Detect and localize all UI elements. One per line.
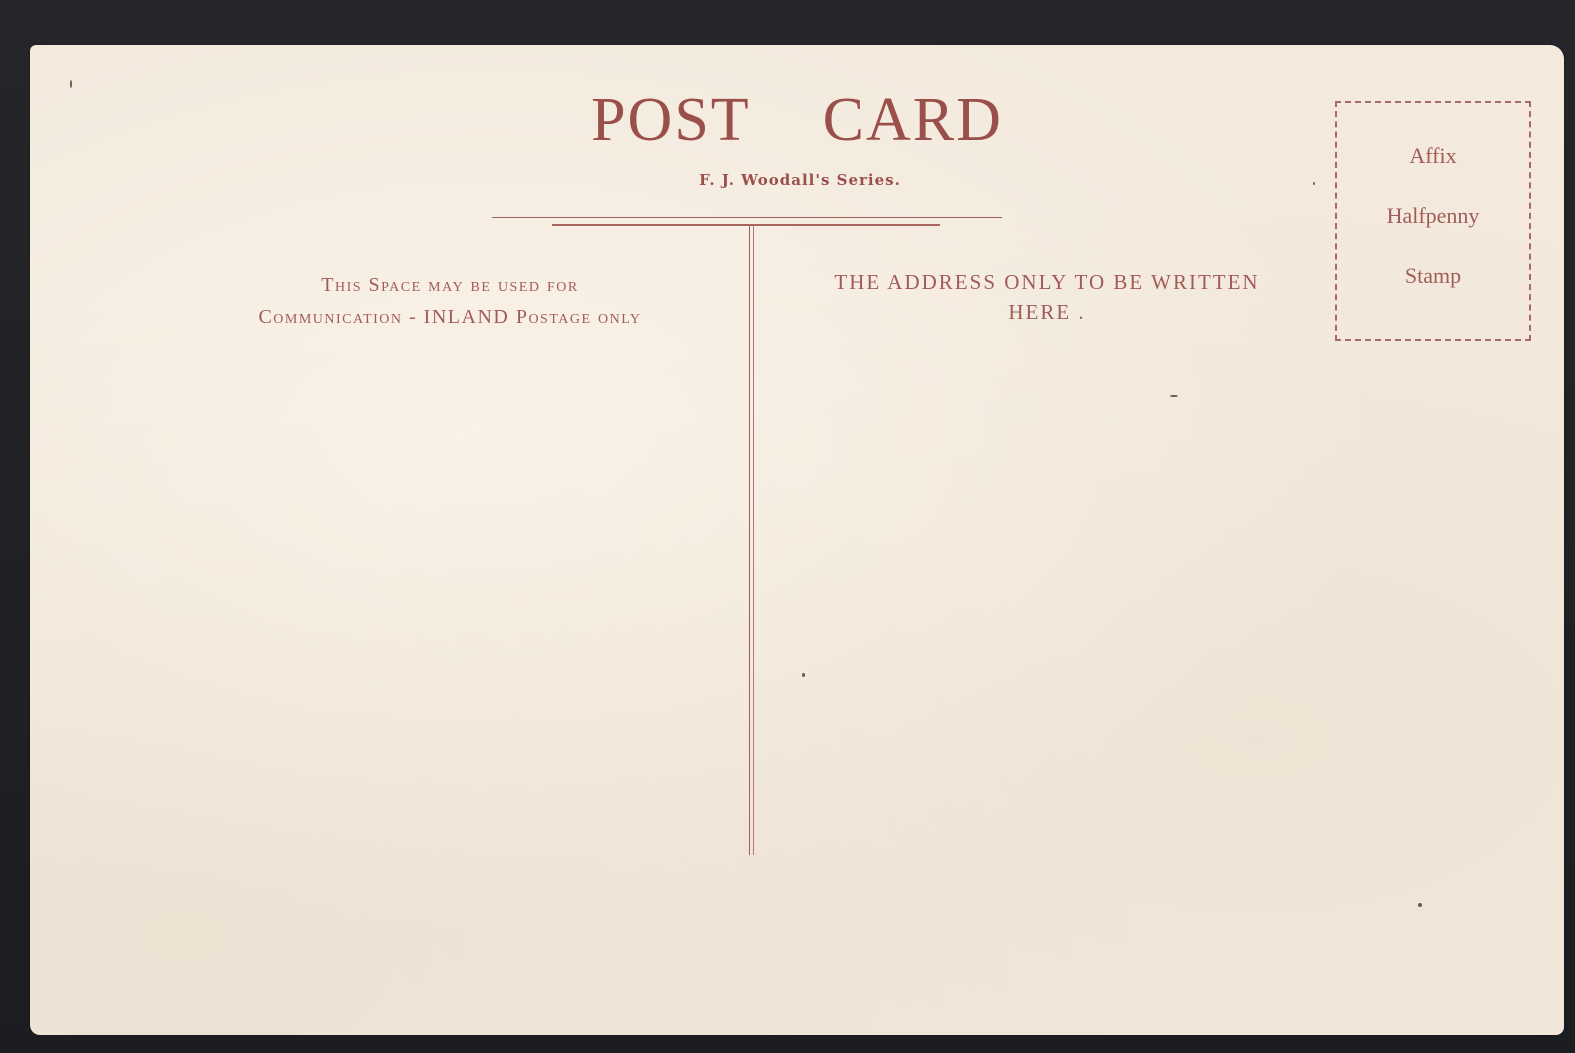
top-rule-inner [552,224,940,226]
paper-speck [1313,182,1315,185]
paper-speck [70,80,72,88]
stamp-line-halfpenny: Halfpenny [1337,203,1529,229]
publisher-series: F. J. Woodall's Series. [590,171,1010,189]
paper-speck [1170,395,1178,397]
stamp-box: Affix Halfpenny Stamp [1335,101,1531,341]
title-post: POST [591,85,751,156]
communication-line-2: Communication - INLAND Postage only [170,301,730,333]
stamp-line-stamp: Stamp [1337,263,1529,289]
address-line-1: THE ADDRESS ONLY TO BE WRITTEN [772,267,1322,297]
center-divider [749,225,754,855]
address-instructions: THE ADDRESS ONLY TO BE WRITTEN HERE . [772,267,1322,327]
communication-line-1: This Space may be used for [170,269,730,301]
paper-speck [802,673,805,677]
communication-instructions: This Space may be used for Communication… [170,269,730,333]
top-rule [492,217,1002,218]
stamp-line-affix: Affix [1337,143,1529,169]
paper-speck [1418,903,1422,907]
title-card: CARD [823,85,1003,156]
address-line-2: HERE . [772,297,1322,327]
postcard-back: POSTCARD F. J. Woodall's Series. This Sp… [30,45,1564,1035]
postcard-title: POSTCARD [30,85,1564,156]
